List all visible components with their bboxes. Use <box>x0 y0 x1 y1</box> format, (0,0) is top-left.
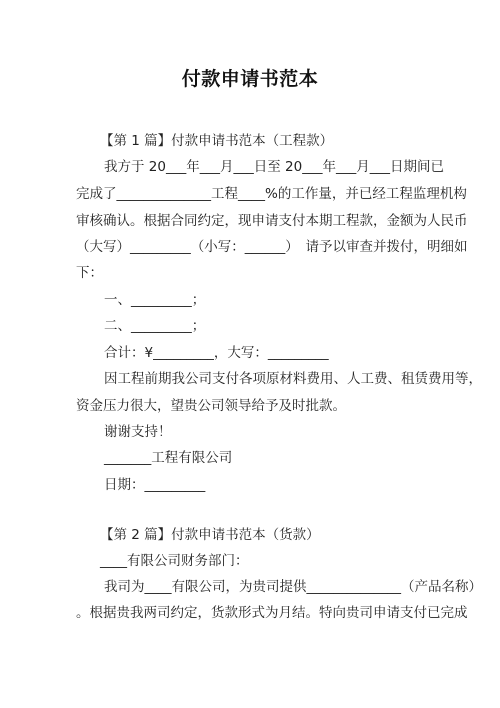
section1-item-1: 一、_________； <box>104 290 205 310</box>
section1-item-2: 二、_________； <box>104 316 205 336</box>
section1-line-1: 我方于 20___年___月___日至 20___年___月___日期间已 <box>104 157 444 177</box>
section2-line-3: 。根据贵我两司约定，货款形式为月结。特向贵司申请支付已完成 <box>76 603 468 623</box>
section1-company: _______工程有限公司 <box>104 448 232 468</box>
section1-line-2: 完成了______________工程____%的工作量，并已经工程监理机构 <box>76 184 467 204</box>
section1-date: 日期：_________ <box>104 475 205 495</box>
section1-line-9: 因工程前期我公司支付各项原材料费用、人工费、租赁费用等， <box>104 369 482 389</box>
section1-line-5: 下： <box>76 263 103 283</box>
section2-line-1: ____有限公司财务部门： <box>100 551 249 571</box>
document-page: 付款申请书范本 【第 1 篇】付款申请书范本（工程款） 我方于 20___年__… <box>0 0 500 708</box>
section1-heading: 【第 1 篇】付款申请书范本（工程款） <box>100 131 333 151</box>
section2-heading: 【第 2 篇】付款申请书范本（货款） <box>100 525 320 545</box>
section1-line-4: （大写）_________（小写：______） 请予以审查并拨付，明细如 <box>76 237 468 257</box>
section1-total: 合计：¥_________，大写：_________ <box>104 343 329 363</box>
section1-line-3: 审核确认。根据合同约定，现申请支付本期工程款，金额为人民币 <box>76 211 468 231</box>
section1-thanks: 谢谢支持！ <box>104 422 172 442</box>
section2-line-2: 我司为____有限公司，为贵司提供______________（产品名称） <box>104 577 482 597</box>
section1-line-10: 资金压力很大，望贵公司领导给予及时批款。 <box>76 396 346 416</box>
document-title: 付款申请书范本 <box>0 64 500 91</box>
